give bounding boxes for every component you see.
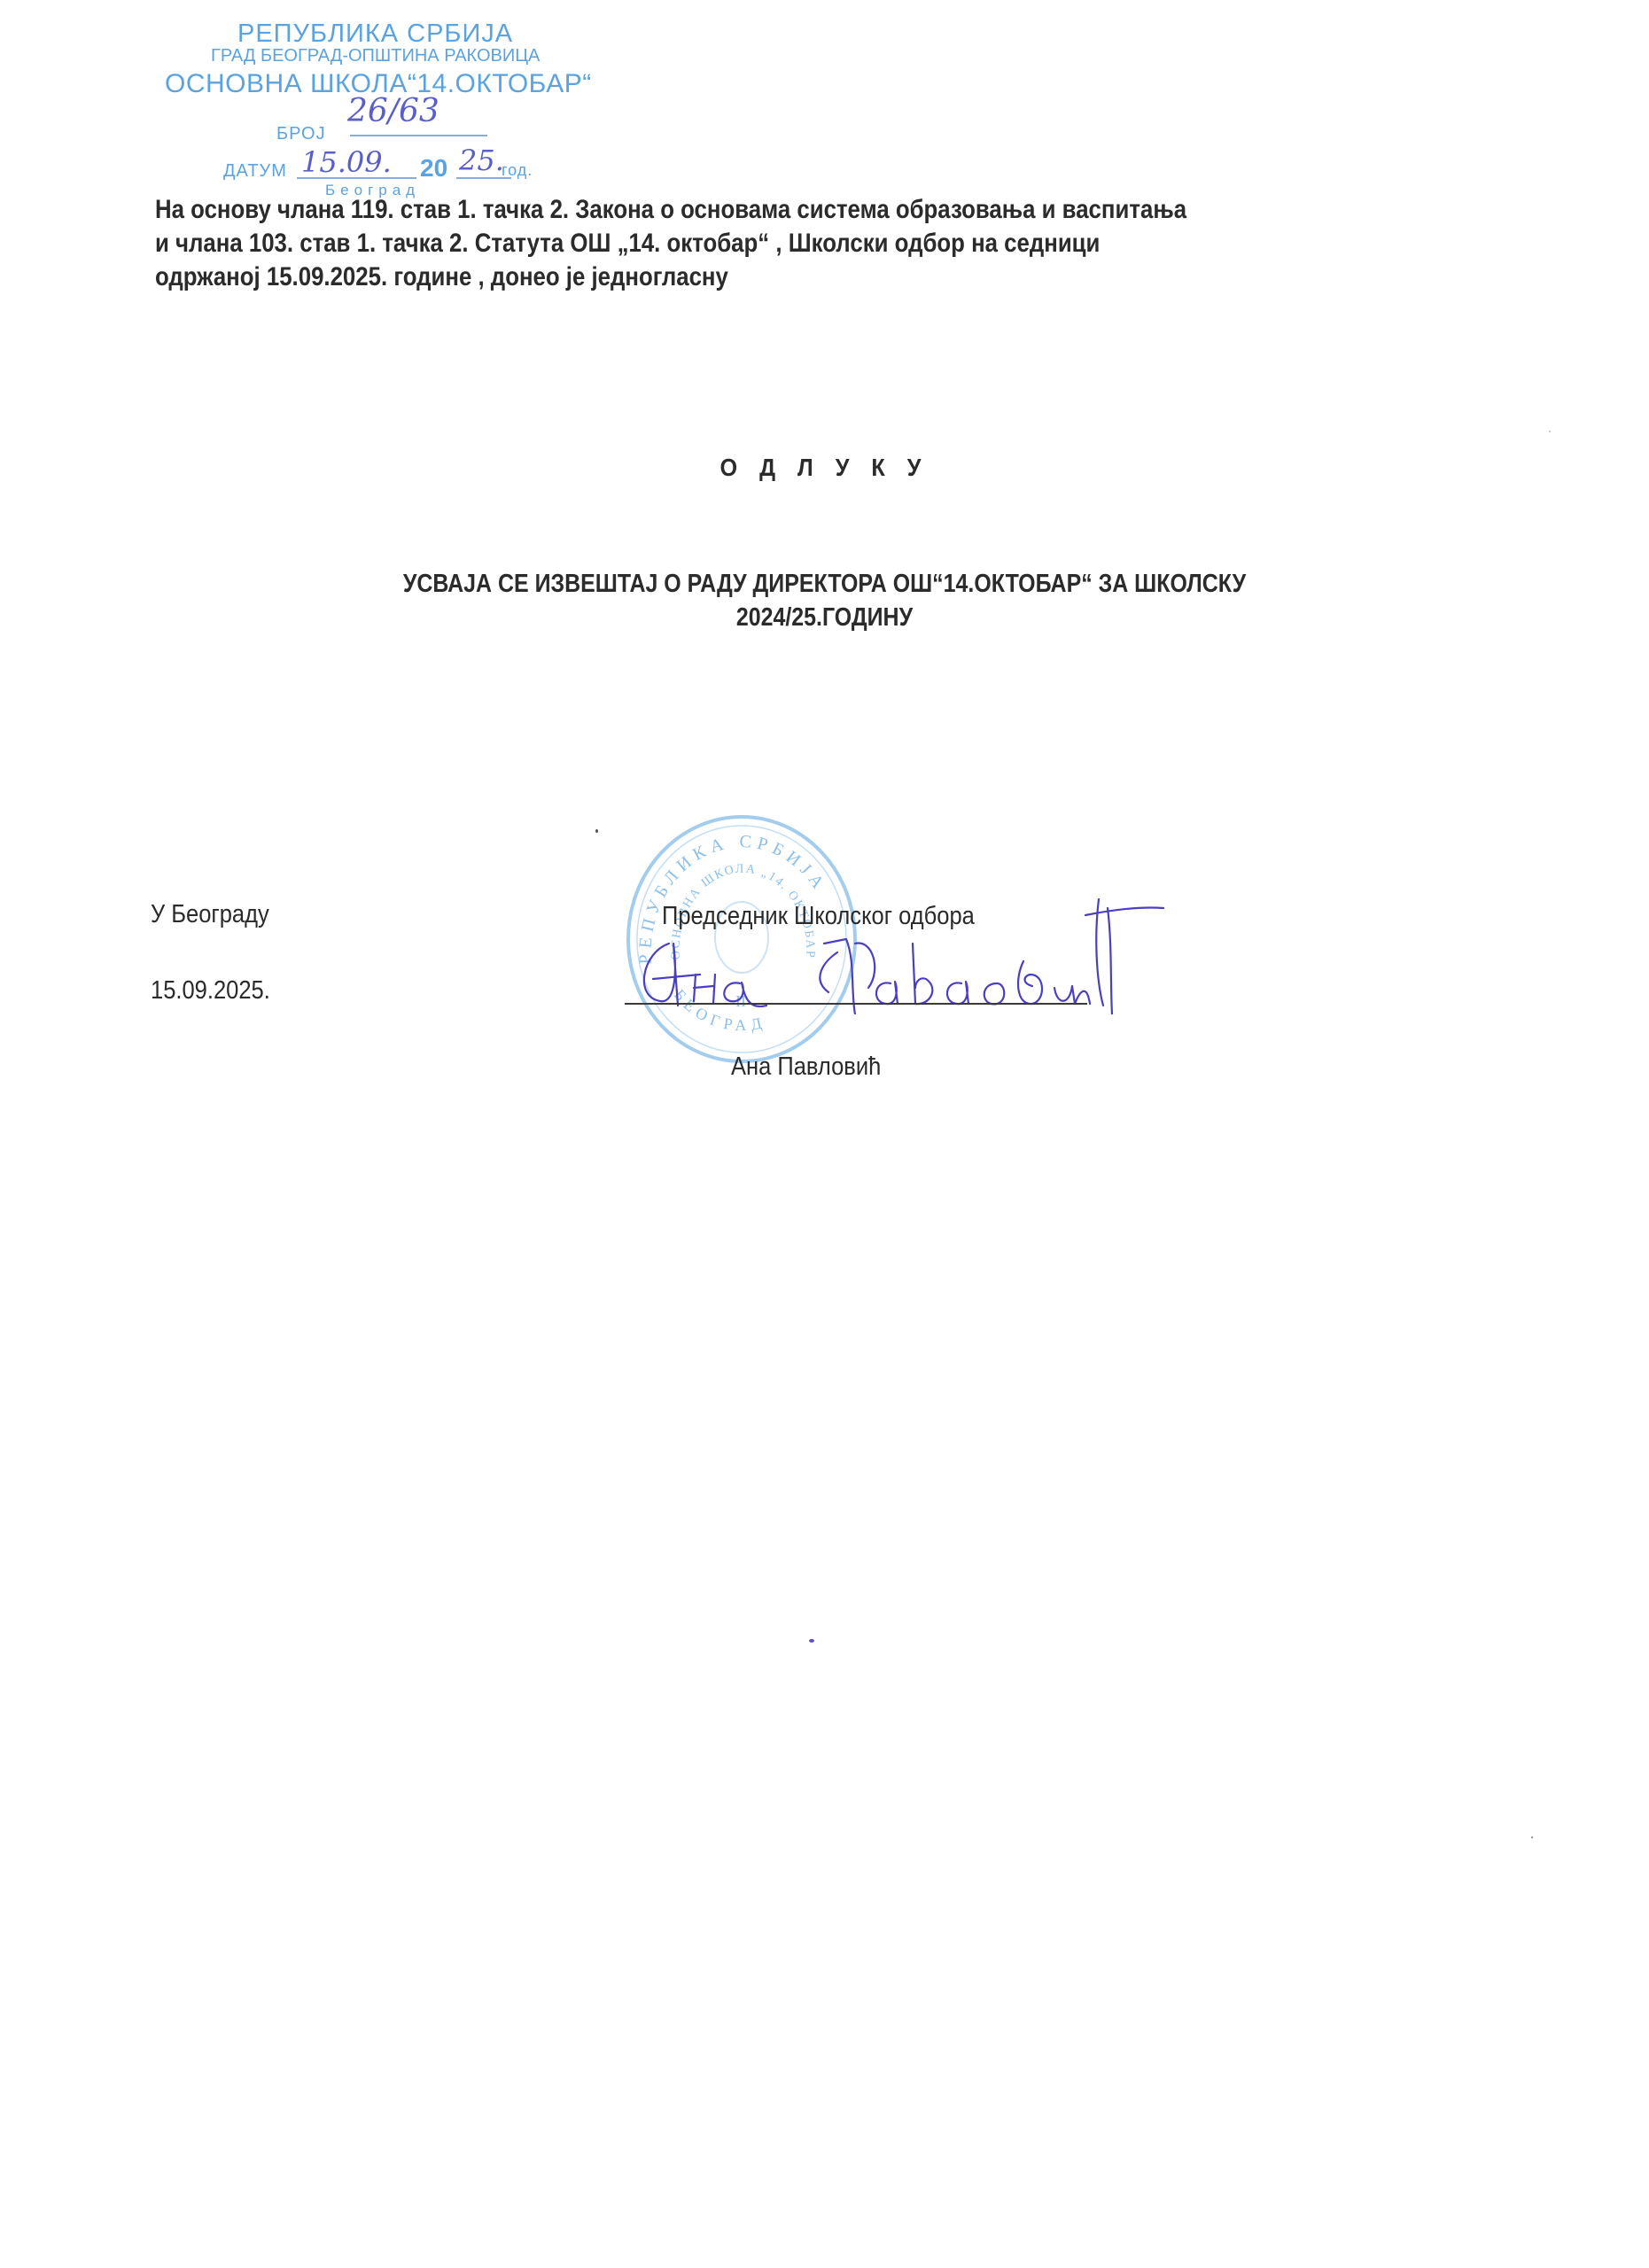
date: 15.09.2025.: [151, 976, 270, 1006]
handwritten-signature-icon: [634, 890, 1165, 1014]
stamp-number-label: БРОЈ: [276, 124, 326, 144]
stamp-number-underline: [350, 135, 487, 136]
stamp-republic: РЕПУБЛИКА СРБИЈА: [237, 19, 513, 49]
scan-speck: [595, 829, 598, 833]
decision-line: 2024/25.ГОДИНУ: [115, 601, 1533, 634]
decision-line: УСВАЈА СЕ ИЗВЕШТАЈ О РАДУ ДИРЕКТОРА ОШ“1…: [115, 567, 1533, 601]
stamp-municipality: ГРАД БЕОГРАД-ОПШТИНА РАКОВИЦА: [211, 46, 540, 66]
signature-line: [625, 1003, 1087, 1005]
preamble-line: и члана 103. став 1. тачка 2. Статута ОШ…: [155, 227, 1186, 260]
stamp-date-century: 20: [420, 154, 447, 183]
preamble-line: одржаној 15.09.2025. године , донео је ј…: [155, 260, 1186, 294]
stamp-date-year: 25.: [459, 144, 504, 177]
scan-speck: [1549, 431, 1551, 432]
stamp-date-day-month: 15.09.: [301, 145, 392, 179]
scan-speck: [809, 1639, 814, 1643]
document-title: О Д Л У К У: [82, 454, 1567, 482]
scan-speck: [1531, 1837, 1533, 1838]
stamp-number-value: 26/63: [347, 93, 439, 129]
preamble: На основу члана 119. став 1. тачка 2. За…: [155, 193, 1186, 294]
signatory-name: Ана Павловић: [731, 1052, 881, 1082]
stamp-date-underline: [297, 177, 416, 179]
preamble-line: На основу члана 119. став 1. тачка 2. За…: [155, 193, 1186, 227]
place: У Београду: [151, 900, 269, 929]
stamp-date-suffix: год.: [502, 161, 533, 180]
decision-text: УСВАЈА СЕ ИЗВЕШТАЈ О РАДУ ДИРЕКТОРА ОШ“1…: [0, 567, 1649, 634]
stamp-date-label: ДАТУМ: [223, 161, 287, 182]
